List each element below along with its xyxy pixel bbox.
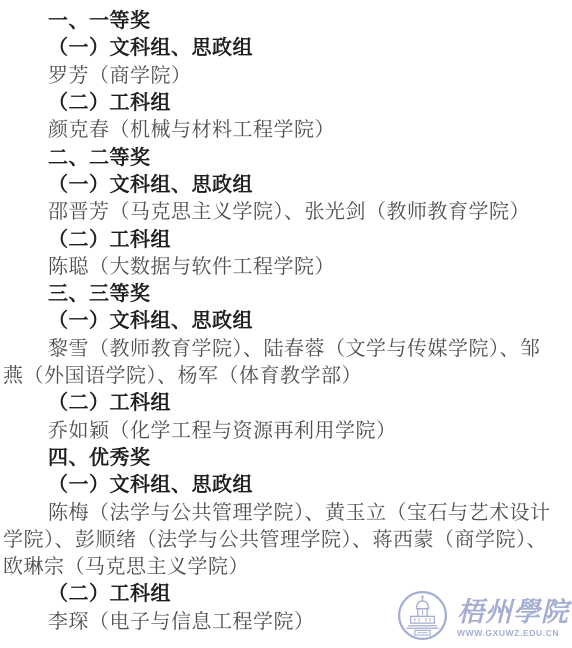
heading-line: 三、三等奖 [3, 278, 569, 305]
text-line: 燕（外国语学院）、杨军（体育教学部） [3, 360, 569, 387]
text-line: 陈聪（大数据与软件工程学院） [3, 251, 569, 278]
award-document: 一、一等奖（一）文科组、思政组罗芳（商学院）（二）工科组颜克春（机械与材料工程学… [3, 5, 569, 633]
text-line: 颜克春（机械与材料工程学院） [3, 114, 569, 141]
heading-line: （二）工科组 [3, 223, 569, 250]
heading-line: （一）文科组、思政组 [3, 32, 569, 59]
heading-line: （二）工科组 [3, 387, 569, 414]
heading-line: （一）文科组、思政组 [3, 305, 569, 332]
watermark: 梧州學院 WWW.GXUWZ.EDU.CN [397, 590, 569, 646]
university-name: 梧州學院 [457, 599, 569, 626]
text-line: 邵晋芳（马克思主义学院）、张光剑（教师教育学院） [3, 196, 569, 223]
text-line: 欧琳宗（马克思主义学院） [3, 551, 569, 578]
heading-line: 二、二等奖 [3, 141, 569, 168]
text-line: 学院）、彭顺绪（法学与公共管理学院）、蒋西蒙（商学院）、 [3, 524, 569, 551]
document-lines: 一、一等奖（一）文科组、思政组罗芳（商学院）（二）工科组颜克春（机械与材料工程学… [3, 5, 569, 633]
heading-line: （一）文科组、思政组 [3, 469, 569, 496]
heading-line: （二）工科组 [3, 87, 569, 114]
watermark-text: 梧州學院 WWW.GXUWZ.EDU.CN [457, 599, 569, 638]
text-line: 乔如颖（化学工程与资源再利用学院） [3, 414, 569, 441]
heading-line: 一、一等奖 [3, 5, 569, 32]
heading-line: （一）文科组、思政组 [3, 169, 569, 196]
text-line: 陈梅（法学与公共管理学院）、黄玉立（宝石与艺术设计 [3, 496, 569, 523]
heading-line: 四、优秀奖 [3, 442, 569, 469]
university-url: WWW.GXUWZ.EDU.CN [457, 629, 559, 638]
award-notice-page: 一、一等奖（一）文科组、思政组罗芳（商学院）（二）工科组颜克春（机械与材料工程学… [0, 0, 572, 648]
text-line: 黎雪（教师教育学院）、陆春蓉（文学与传媒学院）、邹 [3, 333, 569, 360]
university-seal-icon [397, 590, 448, 646]
text-line: 罗芳（商学院） [3, 60, 569, 87]
